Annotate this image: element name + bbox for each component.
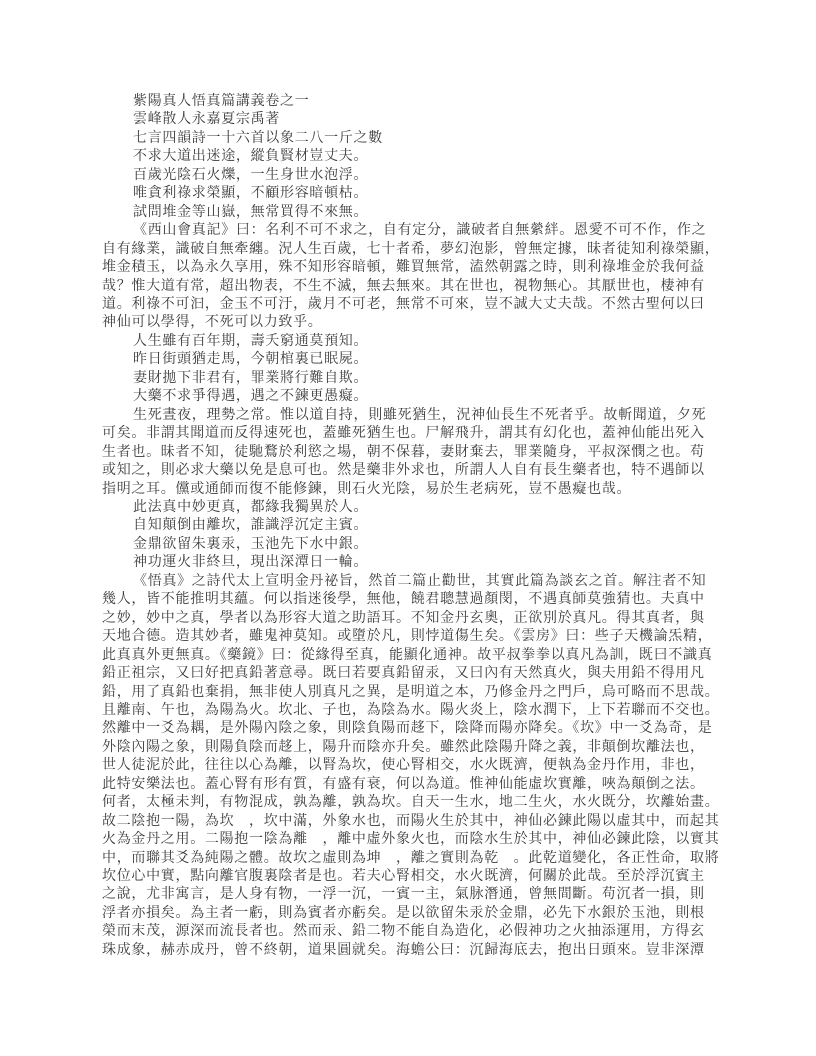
- text-line: 神仙可以學得，不死可以力致乎。: [102, 314, 718, 332]
- text-line: 唯貪利祿求榮顯，不顧形容暗頓枯。: [102, 185, 718, 203]
- text-line: 人生雖有百年期，壽夭窮通莫預知。: [102, 333, 718, 351]
- text-line: 《西山會真記》曰：名利不可不求之，自有定分，識破者自無縈絆。恩愛不可不作，作之: [102, 222, 718, 240]
- text-line: 大藥不求爭得遇，遇之不鍊更愚癡。: [102, 388, 718, 406]
- text-line: 此真真外更無真。《藥鏡》曰：從緣得至真，能顯化通神。故平叔拳拳以真凡為訓，既曰不…: [102, 647, 718, 665]
- text-line: 或知之，則必求大藥以免是息可也。然是藥非外求也，所謂人人自有長生藥者也，特不遇師…: [102, 462, 718, 480]
- text-line: 然離中一爻為耦，是外陽內陰之象，則陰負陽而趍下，陰降而陽亦降矣。《坎》中一爻為奇…: [102, 720, 718, 738]
- text-line: 火為金丹之用。二陽抱一陰為離 ，離中虛外象火也，而陰水生於其中，神仙必鍊此陰，以…: [102, 831, 718, 849]
- document-page: 紫陽真人悟真篇講義卷之一雲峰散人永嘉夏宗禹著七言四韻詩一十六首以象二八一斤之數不…: [0, 0, 816, 1056]
- text-line: 金鼎欲留朱裏汞，玉池先下水中銀。: [102, 536, 718, 554]
- text-line: 且離南、午也，為陽為火。坎北、子也，為陰為水。陽火炎上，陰水潤下，上下若聯而不交…: [102, 702, 718, 720]
- text-line: 《悟真》之詩代太上宣明金丹祕旨，然首二篇止勸世，其實此篇為談玄之首。解注者不知: [102, 573, 718, 591]
- text-line: 不求大道出迷途，縱負賢材豈丈夫。: [102, 148, 718, 166]
- text-line: 神功運火非終旦，現出深潭日一輪。: [102, 554, 718, 572]
- text-line: 故二陰抱一陽，為坎 ，坎中滿，外象水也，而陽火生於其中，神仙必鍊此陽以虛其中，而…: [102, 813, 718, 831]
- text-line: 七言四韻詩一十六首以象二八一斤之數: [102, 130, 718, 148]
- text-line: 道。利祿不可汩，金玉不可汙，歲月不可老，無常不可來，豈不誠大丈夫哉。不然古聖何以…: [102, 296, 718, 314]
- text-line: 哉？惟大道有常，超出物表，不生不滅，無去無來。其在世也，視物無心。其厭世也，棲神…: [102, 278, 718, 296]
- text-line: 自知顛倒由離坎，誰識浮沉定主賓。: [102, 517, 718, 535]
- text-line: 坎位心中實，點向離官腹裏陰者是也。若夫心腎相交，水火既濟，何關於此哉。至於浮沉賓…: [102, 868, 718, 886]
- text-line: 幾人，皆不能推明其蘊。何以指迷後學，無他，饒君聰慧過顏閔，不遇真師莫強猜也。夫真…: [102, 591, 718, 609]
- text-line: 珠成象，赫赤成丹，曾不終朝，道果圓就矣。海蟾公曰：沉歸海底去，抱出日頭來。豈非深…: [102, 942, 718, 960]
- text-line: 世人徒泥於此，往往以心為離，以腎為坎，使心腎相交，水火既濟，便執為金丹作用，非也…: [102, 757, 718, 775]
- text-line: 妻財拋下非君有，罪業將行難自欺。: [102, 370, 718, 388]
- text-line: 生者也。昧者不知，徒馳鶩於利慾之場，朝不保暮，妻財棄去，罪業隨身，平叔深憫之也。…: [102, 444, 718, 462]
- text-line: 鉛正祖宗，又曰好把真鉛著意尋。既曰若要真鉛留汞，又曰內有天然真火，與夫用鉛不得用…: [102, 665, 718, 683]
- text-line: 百歲光陰石火爍，一生身世水泡浮。: [102, 167, 718, 185]
- text-line: 生死晝夜，理勢之常。惟以道自持，則雖死猶生，況神仙長生不死者乎。故斬聞道，夕死: [102, 407, 718, 425]
- text-line: 此特安樂法也。蓋心腎有形有質，有盛有衰，何以為道。惟神仙能虛坎實離，唊為顛倒之法…: [102, 776, 718, 794]
- text-line: 昨日街頭猶走馬，今朝棺裏已眠屍。: [102, 351, 718, 369]
- text-line: 中，而聯其爻為純陽之體。故坎之虛則為坤 ，離之實則為乾 。此乾道變化，各正性命，…: [102, 850, 718, 868]
- text-line: 試問堆金等山嶽，無常買得不來無。: [102, 204, 718, 222]
- text-line: 外陰內陽之象，則陽負陰而趍上，陽升而陰亦升矣。雖然此陰陽升降之義，非顛倒坎離法也…: [102, 739, 718, 757]
- text-line: 之說，尤非寓言，是人身有物，一浮一沉，一賓一主，氣脉潛通，曾無間斷。苟沉者一損，…: [102, 886, 718, 904]
- text-line: 堆金積玉，以為永久享用，殊不知形容暗頓，難買無常，溘然朝露之時，則利祿堆金於我何…: [102, 259, 718, 277]
- text-line: 浮者亦損矣。為主者一虧，則為賓者亦虧矣。是以欲留朱汞於金鼎，必先下水銀於玉池，則…: [102, 905, 718, 923]
- text-line: 可矣。非謂其聞道而反得速死也，蓋雖死猶生也。尸解飛升，謂其有幻化也，蓋神仙能出死…: [102, 425, 718, 443]
- text-line: 鉛，用了真鉛也棄捐，無非使人別真凡之異，是明道之本，乃修金丹之門戶，烏可略而不思…: [102, 684, 718, 702]
- text-line: 指明之耳。儻或通師而復不能修鍊，則石火光陰，易於生老病死，豈不愚癡也哉。: [102, 481, 718, 499]
- text-line: 自有緣業，識破自無牽纏。況人生百歲，七十者希，夢幻泡影，曾無定據，昧者徒知利祿榮…: [102, 241, 718, 259]
- text-lines: 紫陽真人悟真篇講義卷之一雲峰散人永嘉夏宗禹著七言四韻詩一十六首以象二八一斤之數不…: [102, 93, 718, 960]
- text-line: 紫陽真人悟真篇講義卷之一: [102, 93, 718, 111]
- text-line: 何者，太極未判，有物混成，孰為離，孰為坎。自天一生水，地二生火，水火既分，坎離始…: [102, 794, 718, 812]
- text-line: 天地合德。造其妙者，雖鬼神莫知。或墮於凡，則悖道傷生矣。《雲房》曰：些子天機論炁…: [102, 628, 718, 646]
- text-line: 之妙，妙中之真，學者以為形容大道之助語耳。不知金丹玄奧，正欲別於真凡。得其真者，…: [102, 610, 718, 628]
- text-line: 此法真中妙更真，都緣我獨異於人。: [102, 499, 718, 517]
- text-line: 榮而末茂，源深而流長者也。然而汞、鉛二物不能自為造化，必假神功之火抽添運用，方得…: [102, 923, 718, 941]
- text-line: 雲峰散人永嘉夏宗禹著: [102, 111, 718, 129]
